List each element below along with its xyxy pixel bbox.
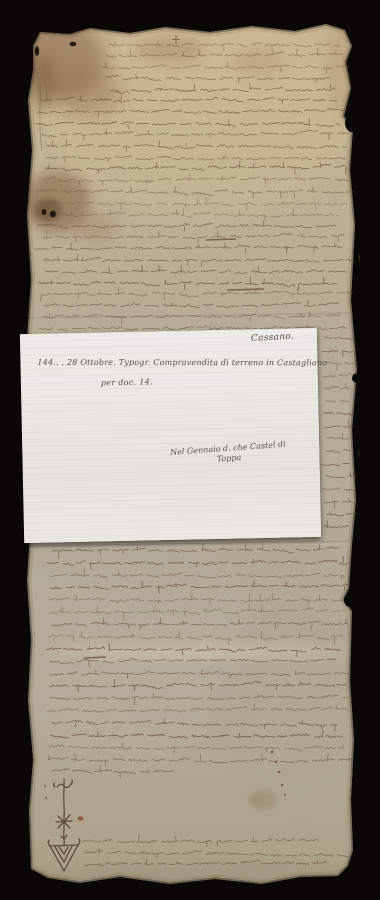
label-note: Nel Gennaio d. che Castel di Toppa <box>170 440 287 467</box>
label-reference-line: 144.. , 28 Ottobre. Typogr. Compravendit… <box>37 358 327 368</box>
photo-stage: Cassano. 144.. , 28 Ottobre. Typogr. Com… <box>0 0 380 900</box>
red-ink-dot <box>78 816 84 820</box>
label-doc-line: per doc. 14. <box>101 377 153 387</box>
archival-label: Cassano. 144.. , 28 Ottobre. Typogr. Com… <box>20 328 321 543</box>
underline-mark <box>206 239 236 240</box>
label-place-heading: Cassano. <box>251 332 295 344</box>
underline-mark <box>227 289 264 290</box>
underline-mark <box>84 657 106 658</box>
